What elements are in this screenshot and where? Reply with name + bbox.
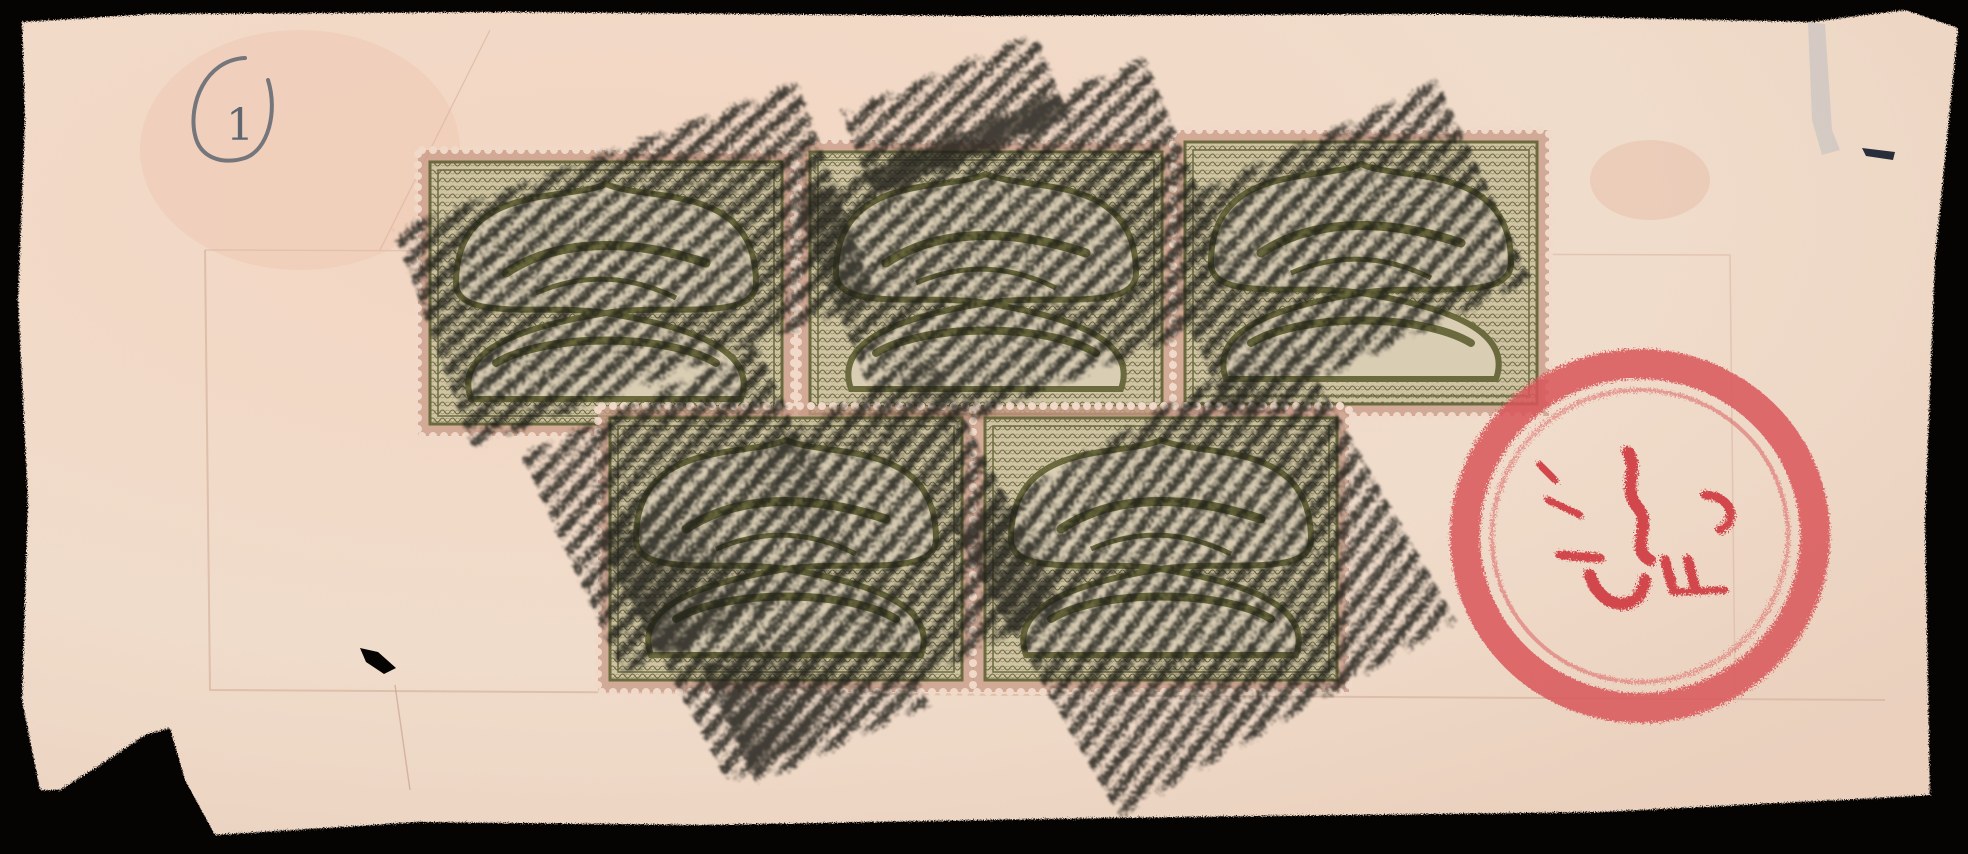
pencil-numeral: 1 xyxy=(226,100,254,151)
cover-photograph: 1 xyxy=(0,0,1968,854)
